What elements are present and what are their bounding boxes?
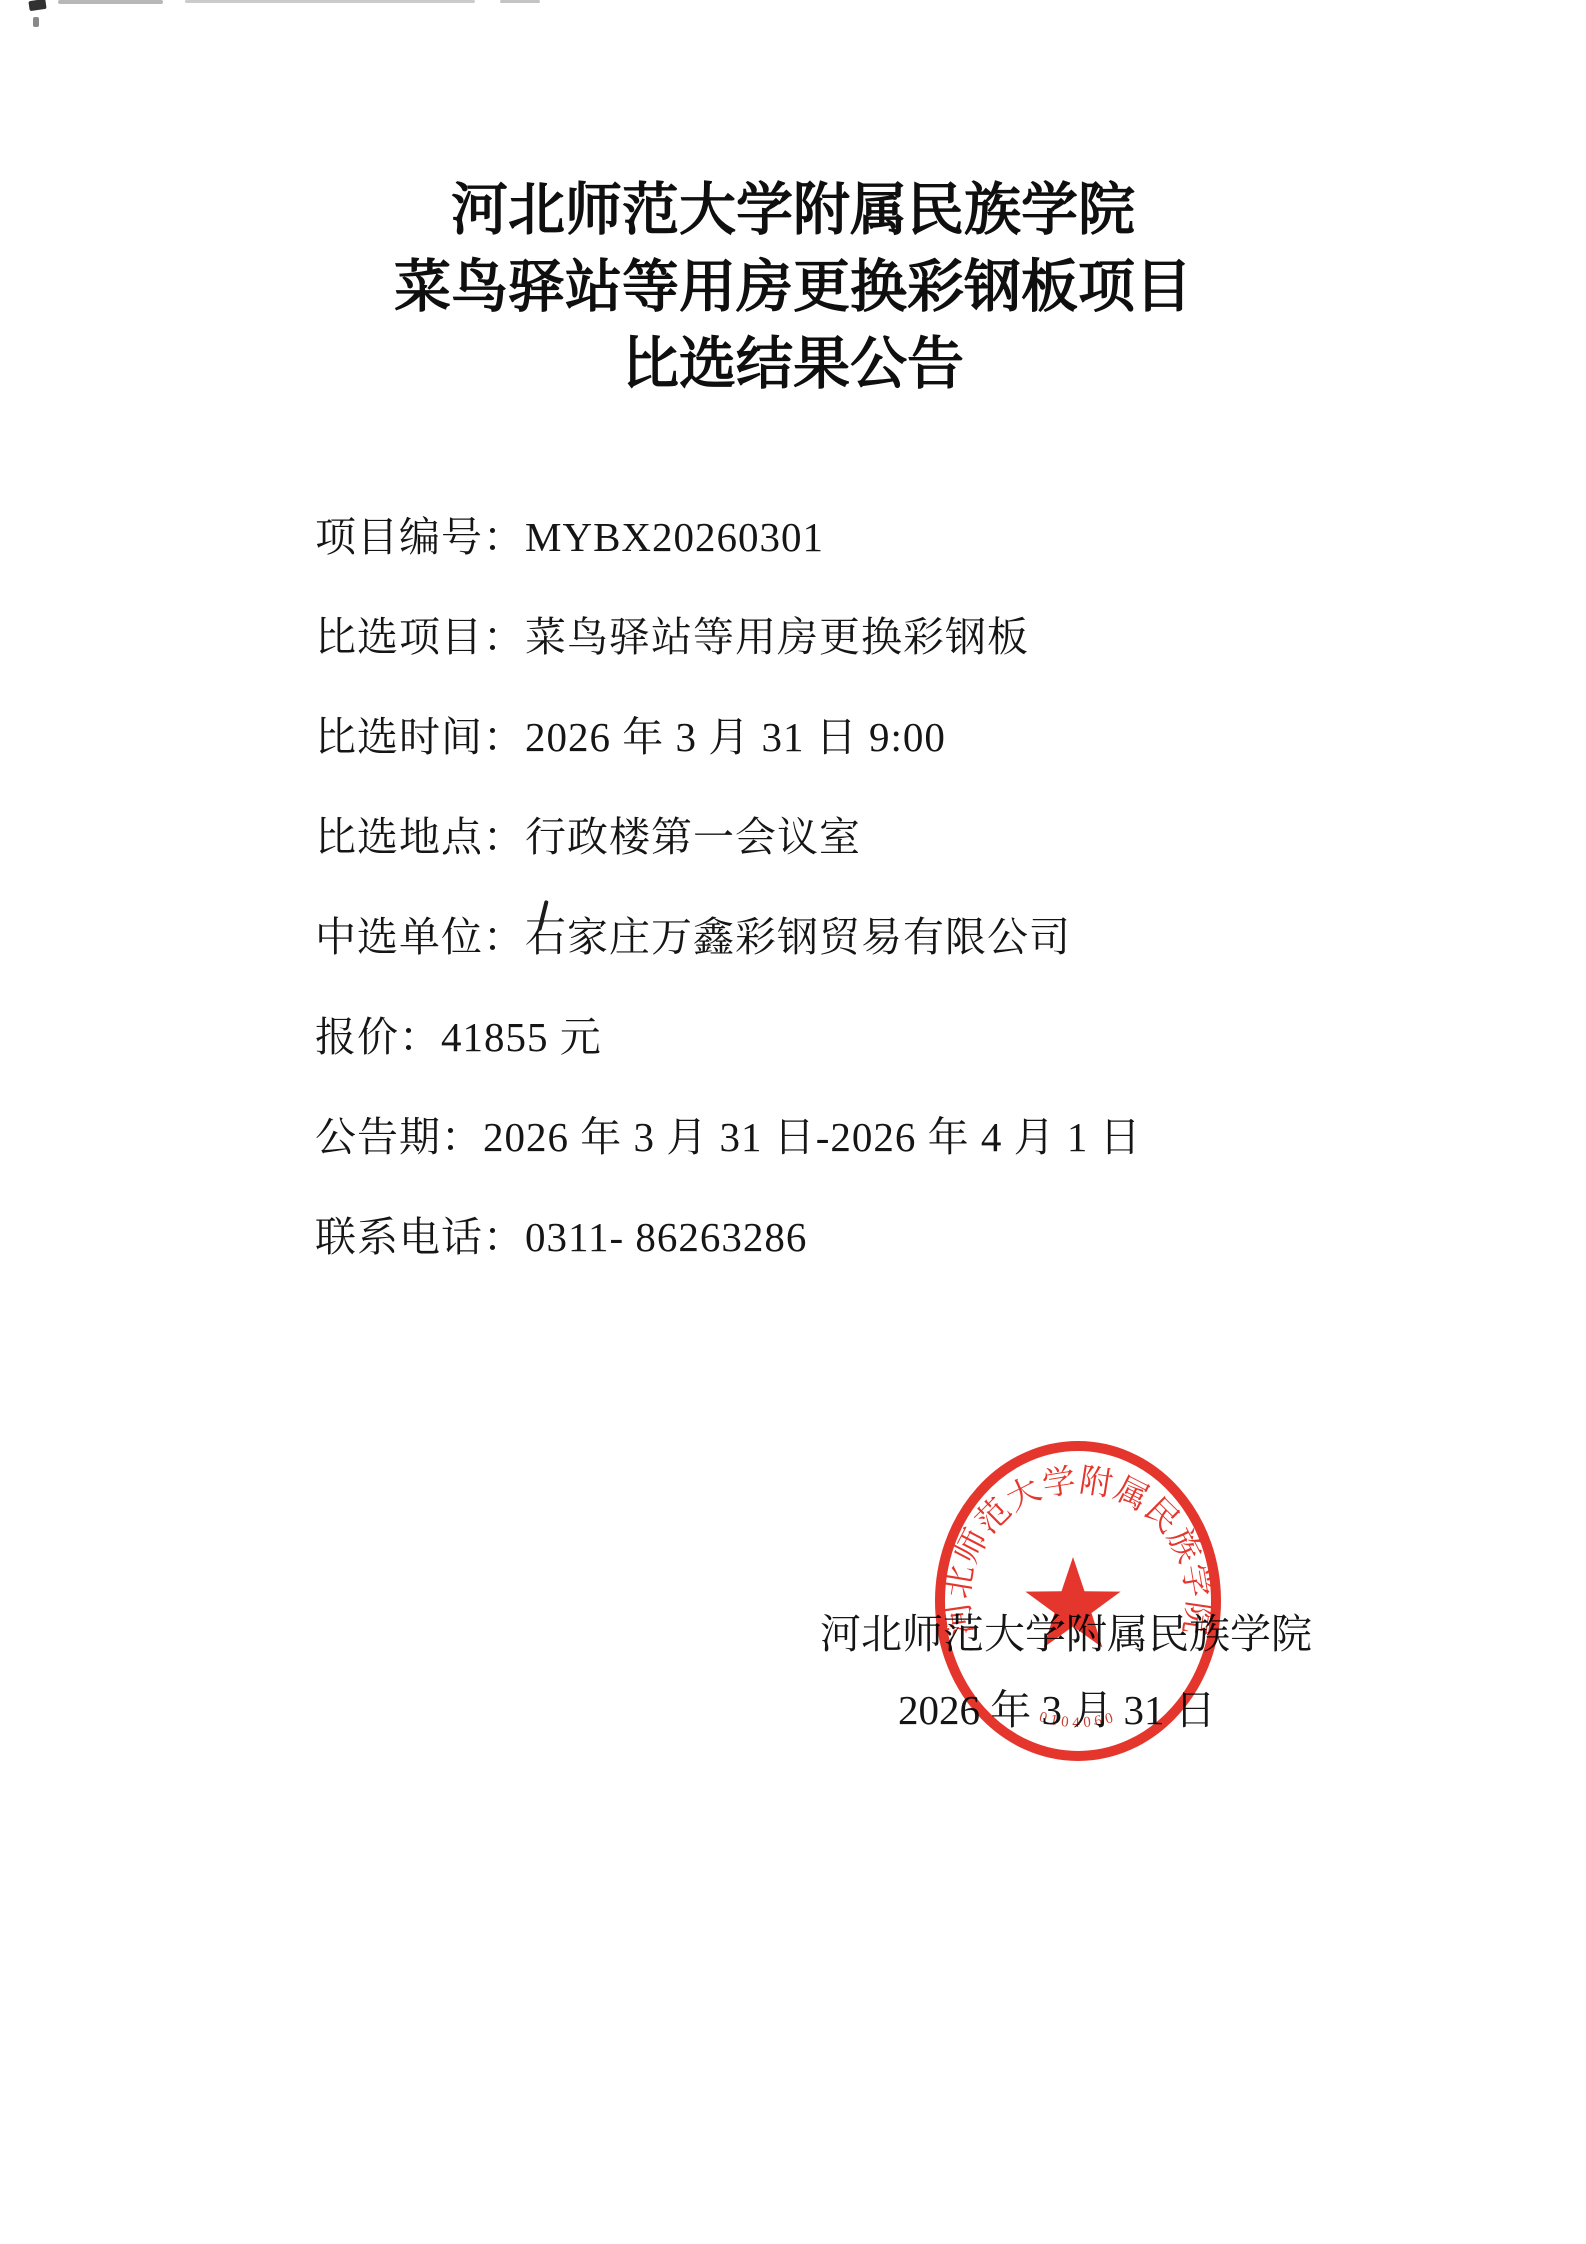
- field-row-quote-price: 报价：41855 元: [315, 987, 1466, 1087]
- field-value: 菜鸟驿站等用房更换彩钢板: [525, 614, 1029, 660]
- field-row-comparison-time: 比选时间：2026 年 3 月 31 日 9:00: [315, 687, 1466, 787]
- field-value: 石家庄万鑫彩钢贸易有限公司: [525, 914, 1071, 960]
- field-row-contact-phone: 联系电话：0311- 86263286: [315, 1187, 1466, 1287]
- field-row-selected-company: 中选单位：石家庄万鑫彩钢贸易有限公司: [315, 887, 1466, 987]
- field-label: 比选地点：: [315, 814, 525, 860]
- scan-artifact: [33, 17, 39, 27]
- title-line-project: 菜鸟驿站等用房更换彩钢板项目: [0, 249, 1586, 326]
- title-line-announcement: 比选结果公告: [0, 326, 1586, 403]
- title-line-institution: 河北师范大学附属民族学院: [0, 172, 1586, 249]
- field-value: 41855 元: [441, 1014, 602, 1060]
- field-label: 项目编号：: [315, 514, 525, 560]
- field-value: 行政楼第一会议室: [525, 814, 861, 860]
- scan-artifact: [28, 0, 46, 11]
- official-seal: 河北师范大学附属民族学院 0104060: [933, 1438, 1223, 1764]
- scan-artifact: [185, 0, 475, 3]
- scan-artifact: [58, 0, 163, 4]
- field-label: 比选时间：: [315, 714, 525, 760]
- svg-text:0104060: 0104060: [1037, 1709, 1119, 1731]
- seal-star-icon: [1025, 1557, 1120, 1648]
- field-label: 比选项目：: [315, 614, 525, 660]
- field-label: 联系电话：: [315, 1214, 525, 1260]
- field-label: 中选单位：: [315, 914, 525, 960]
- seal-serial-number: 0104060: [1037, 1709, 1119, 1731]
- field-row-comparison-project: 比选项目：菜鸟驿站等用房更换彩钢板: [315, 587, 1466, 687]
- document-title: 河北师范大学附属民族学院 菜鸟驿站等用房更换彩钢板项目 比选结果公告: [0, 172, 1586, 403]
- field-row-comparison-place: 比选地点：行政楼第一会议室: [315, 787, 1466, 887]
- announcement-document: 河北师范大学附属民族学院 菜鸟驿站等用房更换彩钢板项目 比选结果公告 项目编号：…: [0, 0, 1586, 2244]
- field-label: 报价：: [315, 1014, 441, 1060]
- field-value: 2026 年 3 月 31 日-2026 年 4 月 1 日: [483, 1114, 1142, 1160]
- field-list: 项目编号：MYBX20260301 比选项目：菜鸟驿站等用房更换彩钢板 比选时间…: [315, 487, 1466, 1287]
- field-value: 0311- 86263286: [525, 1214, 807, 1260]
- scan-artifact: [500, 0, 540, 3]
- field-value: MYBX20260301: [525, 514, 824, 560]
- field-row-project-number: 项目编号：MYBX20260301: [315, 487, 1466, 587]
- field-label: 公告期：: [315, 1114, 483, 1160]
- field-value: 2026 年 3 月 31 日 9:00: [525, 714, 946, 760]
- field-row-announcement-period: 公告期：2026 年 3 月 31 日-2026 年 4 月 1 日: [315, 1087, 1466, 1187]
